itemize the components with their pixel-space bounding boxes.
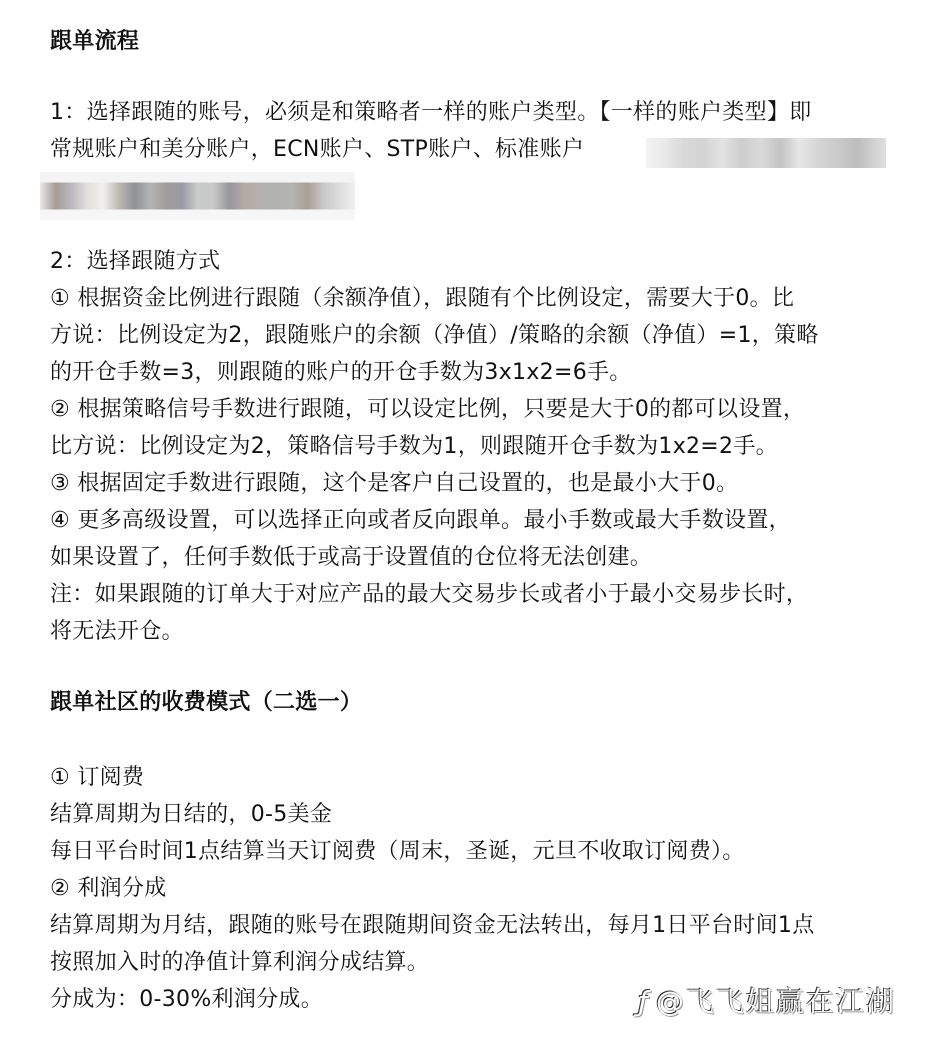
step2-line: ② 根据策略信号手数进行跟随，可以设定比例，只要是大于0的都可以设置，	[50, 395, 805, 425]
fee-line: ② 利润分成	[50, 874, 167, 904]
step2-line: 的开仓手数=3，则跟随的账户的开仓手数为3x1x2=6手。	[50, 358, 632, 388]
section-title-copy-trading-process: 跟单流程	[50, 27, 139, 57]
fee-line: 结算周期为日结的，0-5美金	[50, 800, 332, 830]
redacted-text-block	[646, 138, 886, 168]
redacted-text-block	[40, 172, 355, 220]
fee-line: 分成为：0-30%利润分成。	[50, 985, 323, 1015]
watermark: ƒ@飞飞姐赢在江湖	[638, 980, 896, 1020]
step2-note: 注：如果跟随的订单大于对应产品的最大交易步长或者小于最小交易步长时，	[50, 580, 808, 610]
step2-line: ① 根据资金比例进行跟随（余额净值），跟随有个比例设定，需要大于0。比	[50, 284, 794, 314]
section-title-fee-modes: 跟单社区的收费模式（二选一）	[50, 688, 362, 718]
step1-line1: 1：选择跟随的账号，必须是和策略者一样的账户类型。【一样的账户类型】即	[50, 98, 812, 128]
fee-line: 结算周期为月结，跟随的账号在跟随期间资金无法转出，每月1日平台时间1点	[50, 911, 815, 941]
step2-line: ③ 根据固定手数进行跟随，这个是客户自己设置的，也是最小大于0。	[50, 469, 738, 499]
step2-line: 比方说：比例设定为2，策略信号手数为1，则跟随开仓手数为1x2=2手。	[50, 432, 778, 462]
step2-line: ④ 更多高级设置，可以选择正向或者反向跟单。最小手数或最大手数设置，	[50, 506, 791, 536]
step1-line2: 常规账户和美分账户，ECN账户、STP账户、标准账户	[50, 135, 584, 165]
fee-line: 每日平台时间1点结算当天订阅费（周末，圣诞，元旦不收取订阅费）。	[50, 837, 745, 867]
step2-line: 方说：比例设定为2，跟随账户的余额（净值）/策略的余额（净值）=1，策略	[50, 321, 819, 351]
fee-line: ① 订阅费	[50, 763, 144, 793]
step2-line: 如果设置了，任何手数低于或高于设置值的仓位将无法创建。	[50, 543, 652, 573]
watermark-text: @飞飞姐赢在江湖	[656, 985, 896, 1018]
step2-title: 2：选择跟随方式	[50, 247, 220, 277]
fee-line: 按照加入时的净值计算利润分成结算。	[50, 948, 429, 978]
weibo-icon: ƒ	[638, 985, 650, 1018]
step2-note: 将无法开仓。	[50, 617, 184, 647]
step1-line2-text: 常规账户和美分账户，ECN账户、STP账户、标准账户	[50, 137, 584, 162]
